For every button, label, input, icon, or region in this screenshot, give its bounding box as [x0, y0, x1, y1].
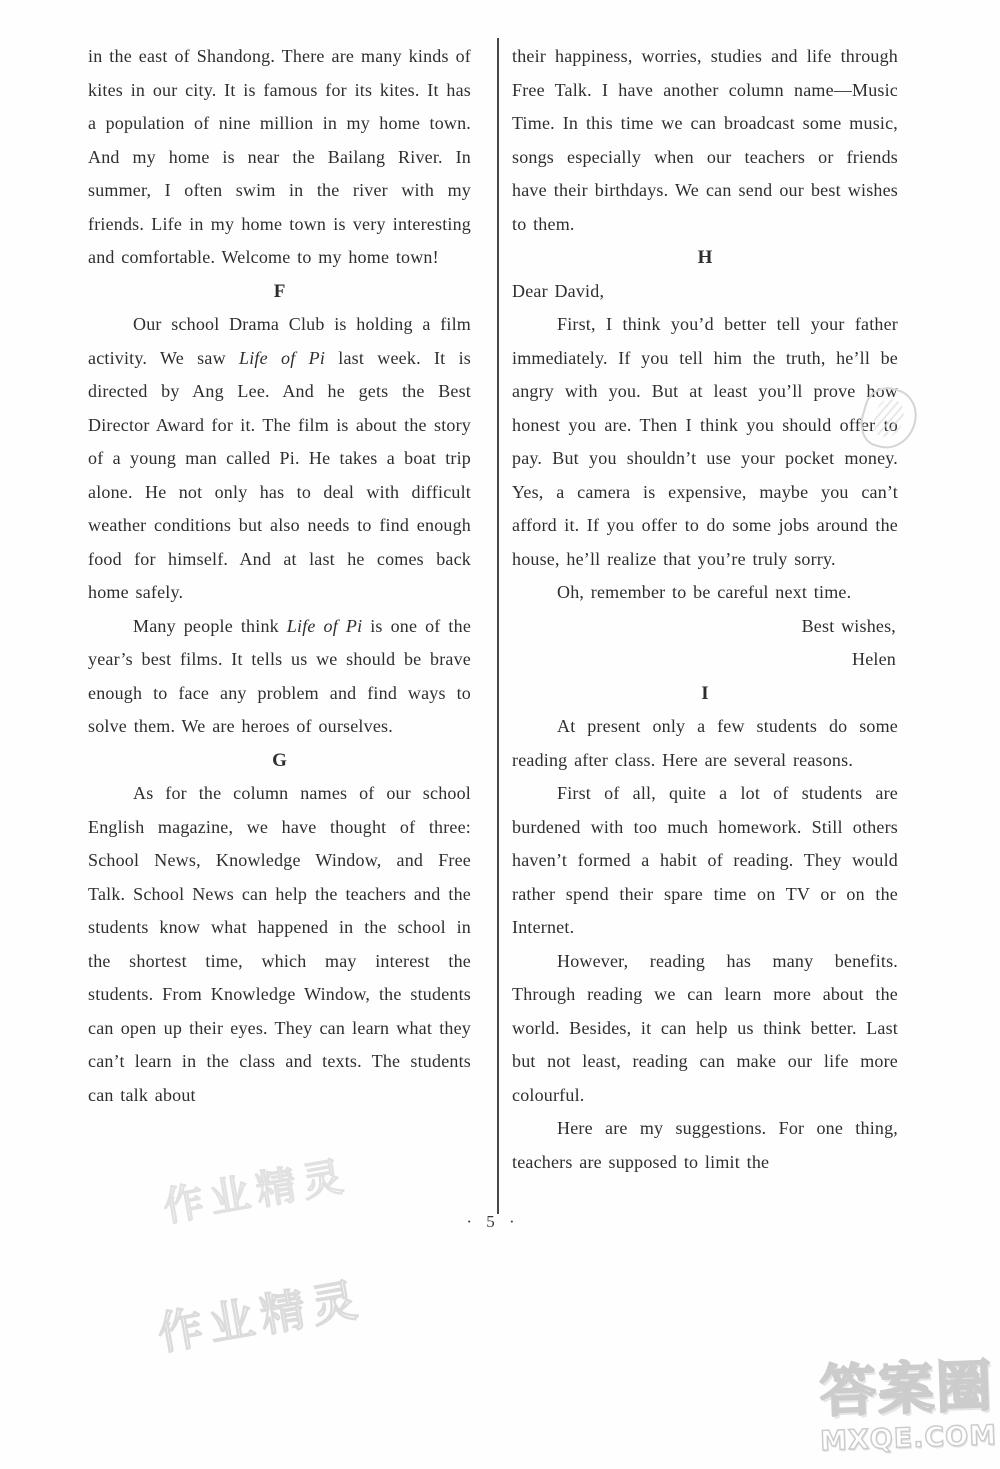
text-run: last week. It is directed by Ang Lee. An… — [88, 348, 471, 603]
brand-logo-text: 答案圈 — [813, 1355, 1000, 1425]
paragraph: As for the column names of our school En… — [88, 777, 471, 1112]
paragraph: Many people think Life of Pi is one of t… — [88, 610, 471, 744]
paragraph: Our school Drama Club is holding a film … — [88, 308, 471, 610]
italic-film-title: Life of Pi — [287, 616, 362, 636]
section-heading: H — [512, 241, 898, 275]
paragraph: Best wishes, — [512, 610, 898, 644]
section-heading: G — [88, 744, 471, 778]
text-run: As for the column names of our school En… — [88, 783, 471, 1105]
brand-watermark: 答案圈 MXQE.COM — [813, 1355, 1000, 1457]
column-divider — [497, 38, 499, 1214]
text-run: Here are my suggestions. For one thing, … — [512, 1118, 898, 1172]
paragraph: However, reading has many benefits. Thro… — [512, 945, 898, 1113]
italic-film-title: Life of Pi — [239, 348, 325, 368]
text-run: Best wishes, — [802, 616, 896, 636]
section-heading: I — [512, 677, 898, 711]
text-run: in the east of Shandong. There are many … — [88, 46, 471, 267]
text-run: First, I think you’d better tell your fa… — [512, 314, 898, 569]
paragraph: in the east of Shandong. There are many … — [88, 40, 471, 275]
paragraph: their happiness, worries, studies and li… — [512, 40, 898, 241]
text-run: H — [698, 247, 713, 268]
left-column: in the east of Shandong. There are many … — [88, 40, 471, 1112]
scanned-page: in the east of Shandong. There are many … — [0, 0, 1000, 1469]
text-run: I — [701, 683, 708, 704]
paragraph: First of all, quite a lot of students ar… — [512, 777, 898, 945]
text-run: At present only a few students do some r… — [512, 716, 898, 770]
text-run: Many people think — [133, 616, 287, 636]
paragraph: Helen — [512, 643, 898, 677]
right-column: their happiness, worries, studies and li… — [512, 40, 898, 1179]
paragraph: Here are my suggestions. For one thing, … — [512, 1112, 898, 1179]
paragraph: Oh, remember to be careful next time. — [512, 576, 898, 610]
page-number: · 5 · — [88, 1212, 898, 1232]
paragraph: Dear David, — [512, 275, 898, 309]
text-run: F — [274, 281, 286, 302]
brand-url-text: MXQE.COM — [816, 1421, 1000, 1457]
text-run: First of all, quite a lot of students ar… — [512, 783, 898, 937]
text-run: G — [272, 750, 287, 771]
section-heading: F — [88, 275, 471, 309]
text-run: their happiness, worries, studies and li… — [512, 46, 898, 234]
ghost-watermark-lower: 作业精灵 — [152, 1262, 368, 1362]
paragraph: First, I think you’d better tell your fa… — [512, 308, 898, 576]
text-run: Dear David, — [512, 281, 604, 301]
text-run: However, reading has many benefits. Thro… — [512, 951, 898, 1105]
paragraph: At present only a few students do some r… — [512, 710, 898, 777]
text-run: Helen — [852, 649, 896, 669]
text-run: Oh, remember to be careful next time. — [557, 582, 851, 602]
